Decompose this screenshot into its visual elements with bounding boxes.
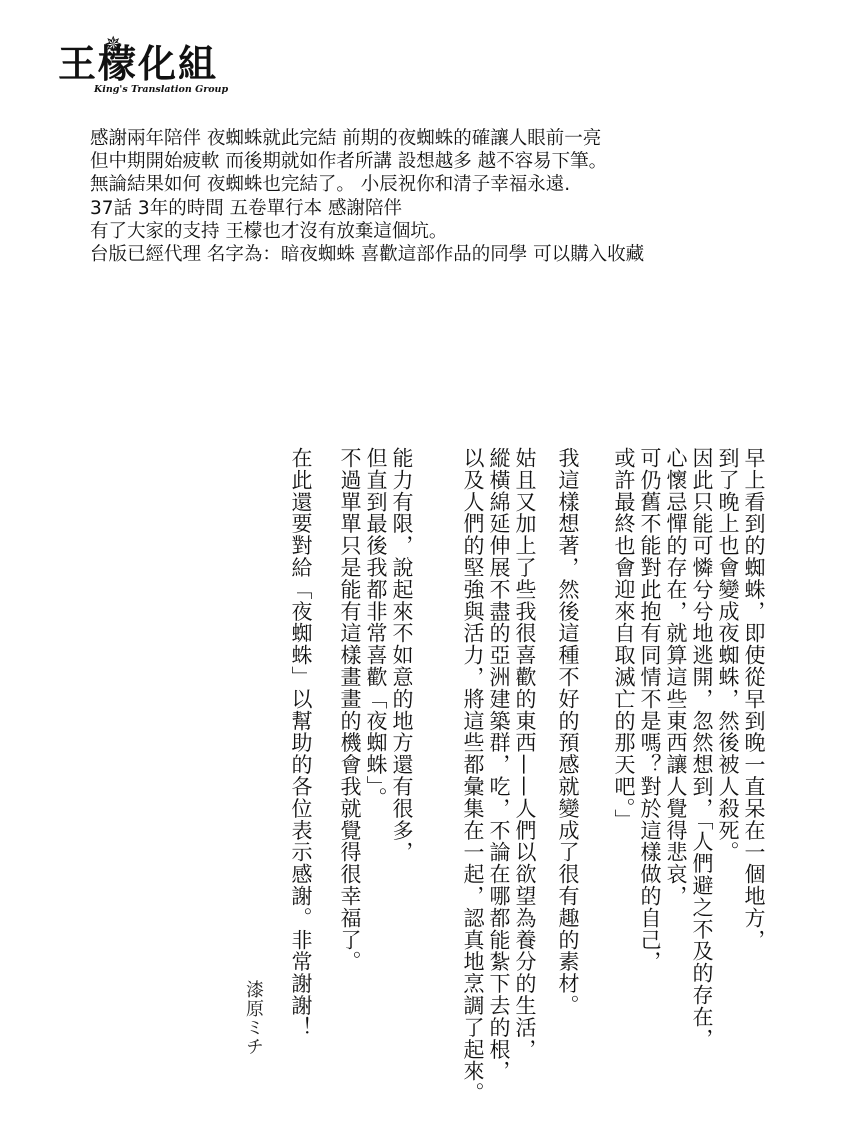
- note-line: 但中期開始疲軟 而後期就如作者所講 設想越多 越不容易下筆。: [90, 150, 644, 173]
- afterword-column: 早上看到的蜘蛛，即使從早到晚一直呆在一個地方，: [741, 447, 767, 951]
- note-line: 37話 3年的時間 五卷單行本 感謝陪伴: [90, 197, 644, 220]
- afterword-column: 到了晚上也會變成夜蜘蛛，然後被人殺死。: [715, 447, 741, 863]
- note-line: 有了大家的支持 王檬也才沒有放棄這個坑。: [90, 220, 644, 243]
- note-line: 無論結果如何 夜蜘蛛也完結了。 小辰祝你和清子幸福永遠.: [90, 173, 644, 196]
- afterword-column: 縱橫綿延伸展不盡的亞洲建築群，吃，不論在哪都能紮下去的根，: [486, 447, 512, 1082]
- logo-title: 王檬化組: [58, 42, 218, 86]
- afterword-column: 心懷忌憚的存在，就算這些東西讓人覺得悲哀，: [663, 447, 689, 907]
- afterword-column: 但直到最後我都非常喜歡「夜蜘蛛」。: [363, 447, 389, 809]
- afterword-column: 或許最終也會迎來自取滅亡的那天吧。」: [611, 447, 637, 831]
- afterword-column: 在此還要對給「夜蜘蛛」以幫助的各位表示感謝。非常謝謝！: [288, 447, 314, 1038]
- afterword-column: 不過單單只是能有這樣畫畫的機會我就覺得很幸福了。: [337, 447, 363, 973]
- logo-subtitle: King's Translation Group: [94, 84, 228, 95]
- afterword-column: 以及人們的堅強與活力，將這些都彙集在一起，認真地烹調了起來。: [460, 447, 486, 1104]
- afterword-column: 因此只能可憐兮兮地逃開，忽然想到，「人們避之不及的存在，: [689, 447, 715, 1050]
- afterword-column: 我這樣想著，然後這種不好的預感就變成了很有趣的素材。: [555, 447, 581, 1016]
- translation-group-logo: ✵ 王檬化組 King's Translation Group: [58, 38, 238, 104]
- note-line: 感謝兩年陪伴 夜蜘蛛就此完結 前期的夜蜘蛛的確讓人眼前一亮: [90, 127, 644, 150]
- afterword-column: 能力有限，說起來不如意的地方還有很多，: [389, 447, 415, 863]
- translator-notes: 感謝兩年陪伴 夜蜘蛛就此完結 前期的夜蜘蛛的確讓人眼前一亮 但中期開始疲軟 而後…: [90, 127, 644, 266]
- afterword-column: 可仍舊不能對此抱有同情不是嗎？對於這樣做的自己，: [637, 447, 663, 973]
- author-signature: 漆原ミチ: [241, 980, 265, 1056]
- note-line: 台版已經代理 名字為：暗夜蜘蛛 喜歡這部作品的同學 可以購入收藏: [90, 243, 644, 266]
- afterword-column: 姑且又加上了些我很喜歡的東西——人們以欲望為養分的生活，: [512, 447, 538, 1060]
